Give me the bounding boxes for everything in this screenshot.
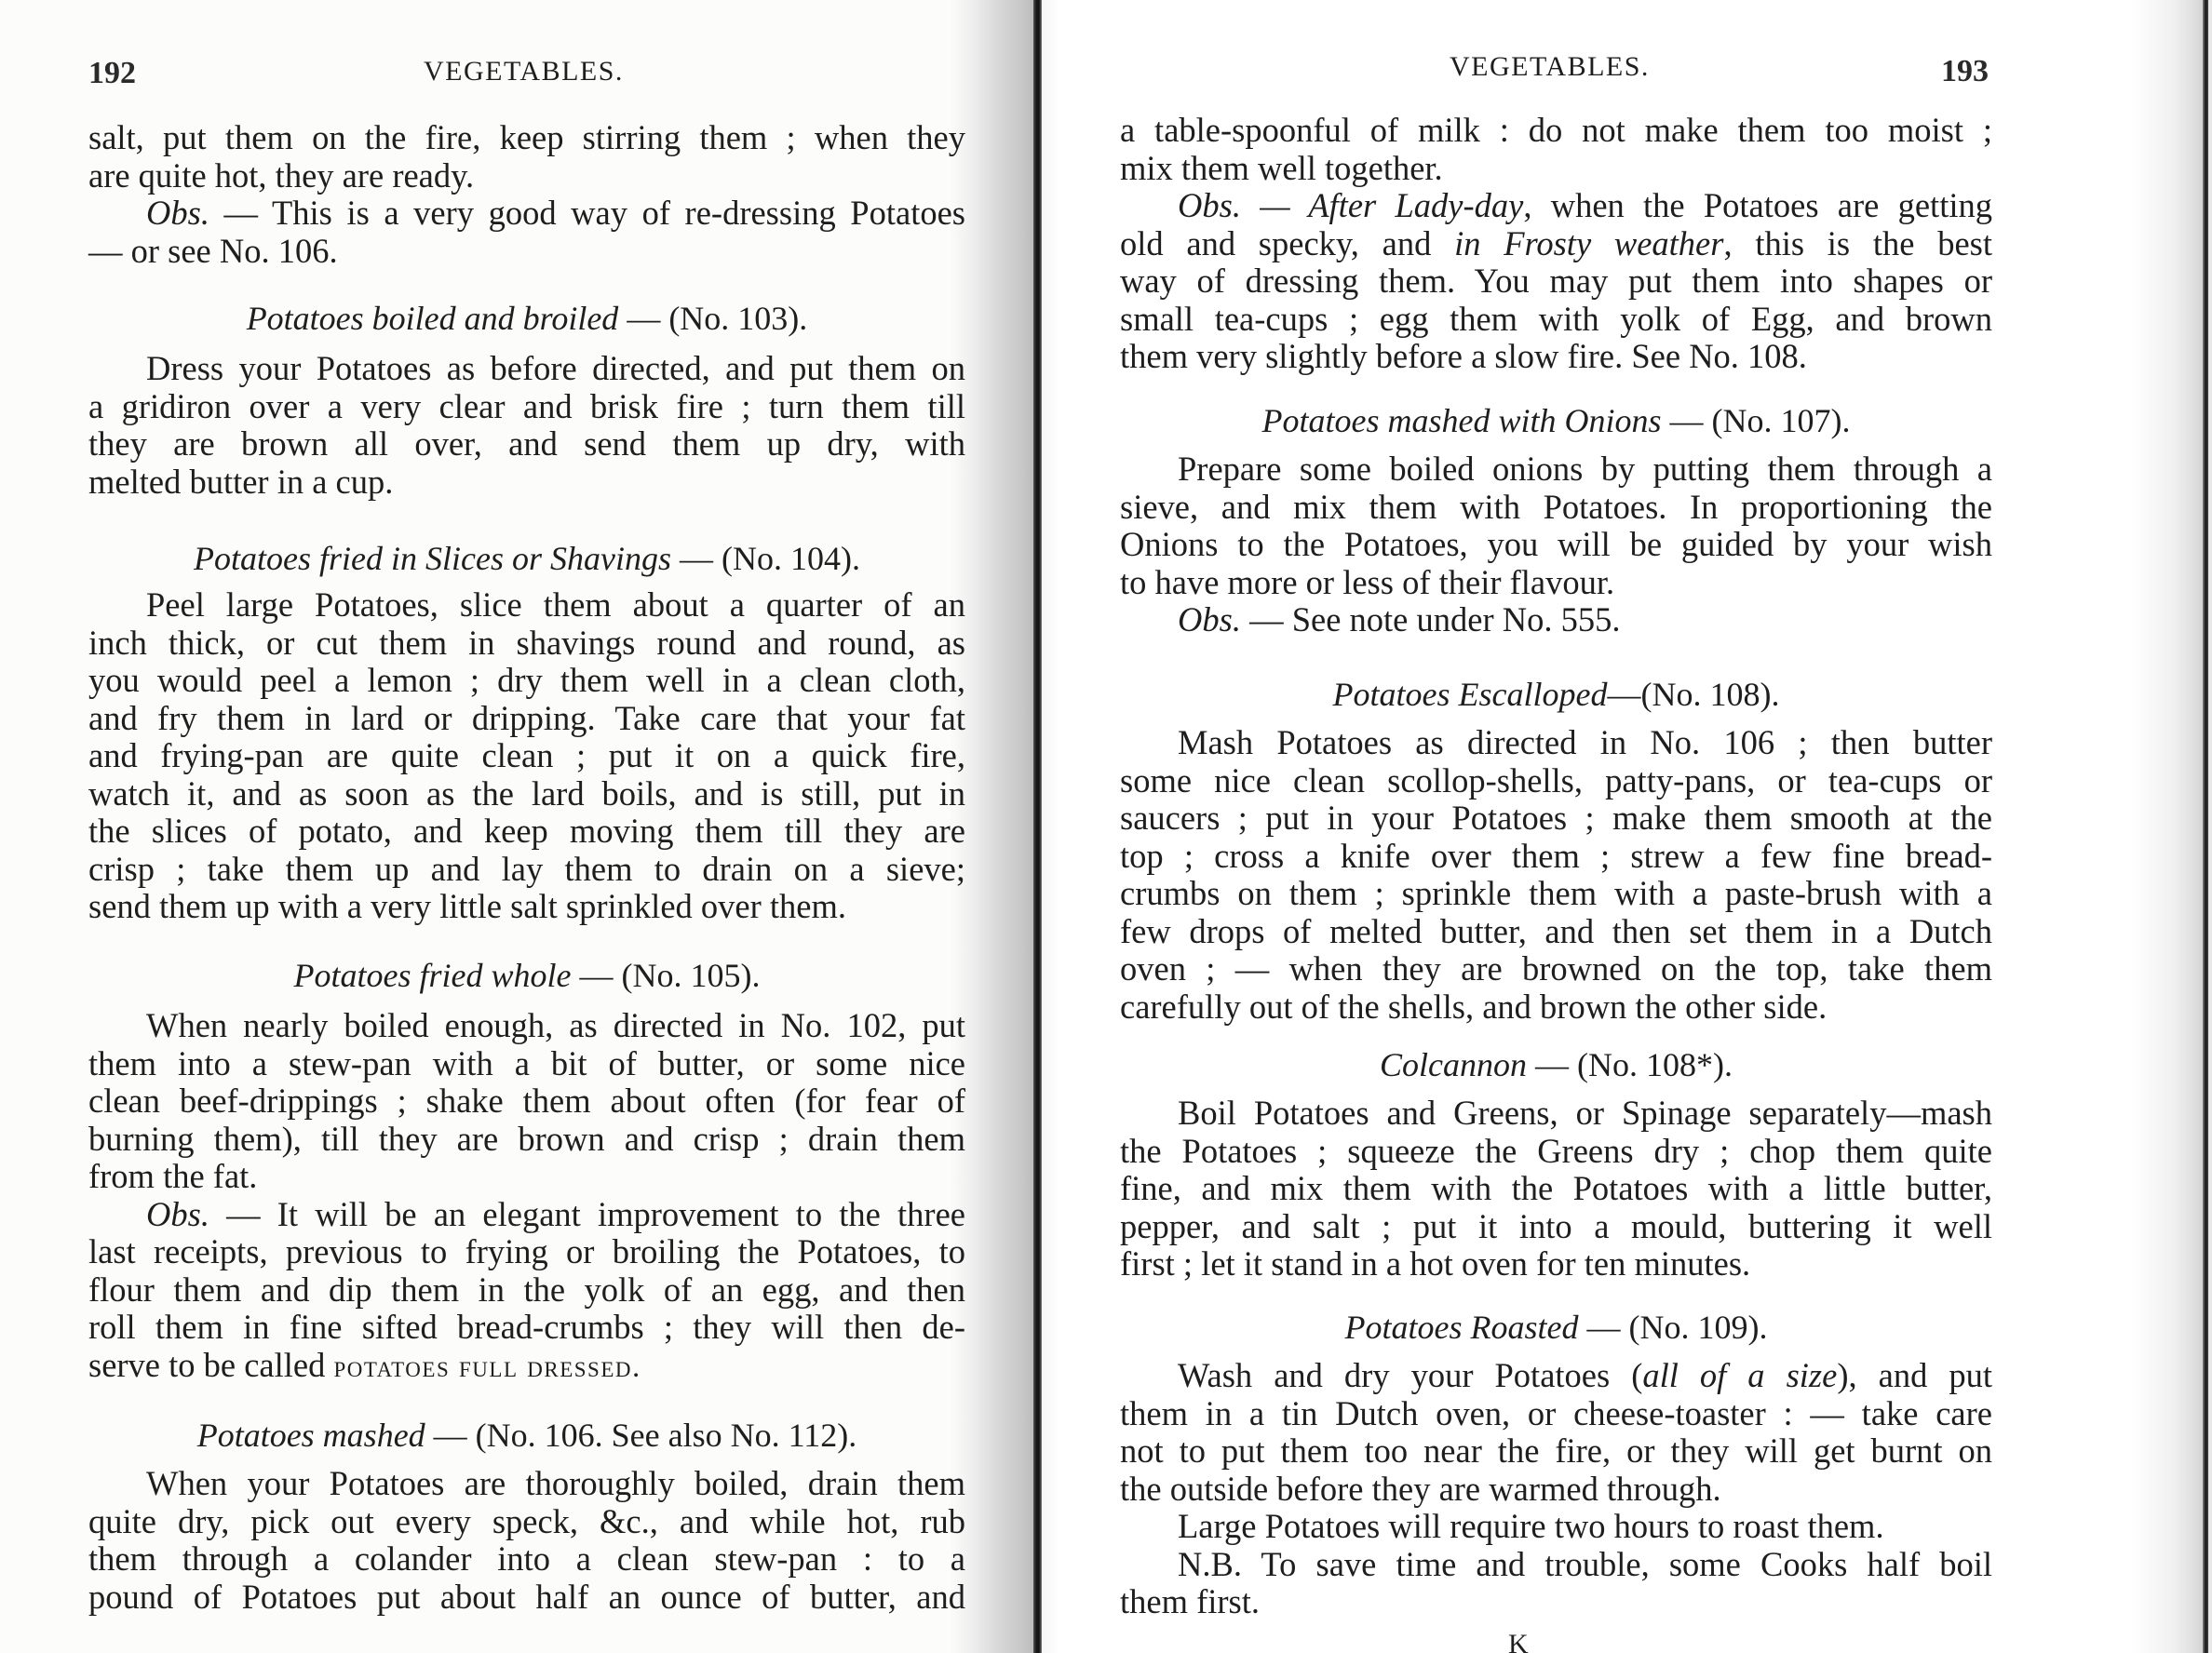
text-line: small tea-cups ; egg them with yolk of E… bbox=[1120, 301, 1992, 339]
text-run: Boil Potatoes and Greens, or Spinage sep… bbox=[1178, 1094, 1992, 1132]
italic-text: Obs. bbox=[146, 1195, 209, 1233]
text-run: the slices of potato, and keep moving th… bbox=[88, 812, 965, 850]
running-head: VEGETABLES. bbox=[424, 58, 624, 86]
page-number: 193 bbox=[1941, 56, 1989, 87]
text-run: saucers ; put in your Potatoes ; make th… bbox=[1120, 799, 1992, 837]
text-run: N.B. To save time and trouble, some Cook… bbox=[1178, 1545, 1992, 1583]
text-line: them very slightly before a slow fire. S… bbox=[1120, 338, 1992, 376]
text-run: crumbs on them ; sprinkle them with a pa… bbox=[1120, 874, 1992, 912]
paragraph: a table-spoonful of milk : do not make t… bbox=[1120, 112, 1992, 376]
text-line: them first. bbox=[1120, 1583, 1992, 1621]
paragraph: salt, put them on the fire, keep stirrin… bbox=[88, 119, 965, 270]
recipe-heading: Colcannon — (No. 108*). bbox=[1120, 1046, 1992, 1083]
paragraph: Peel large Potatoes, slice them about a … bbox=[88, 586, 965, 926]
text-run: them first. bbox=[1120, 1582, 1260, 1620]
text-run: not to put them too near the fire, or th… bbox=[1120, 1431, 1992, 1470]
text-run: few drops of melted butter, and then set… bbox=[1120, 912, 1992, 950]
text-run: a table-spoonful of milk : do not make t… bbox=[1120, 111, 1992, 149]
text-run: small tea-cups ; egg them with yolk of E… bbox=[1120, 300, 1992, 338]
text-run: clean beef-drippings ; shake them about … bbox=[88, 1082, 965, 1120]
italic-text: all of a size bbox=[1642, 1356, 1837, 1394]
text-run: roll them in fine sifted bread-crumbs ; … bbox=[88, 1308, 965, 1346]
paragraph: When your Potatoes are thoroughly boiled… bbox=[88, 1465, 965, 1616]
text-line: When nearly boiled enough, as directed i… bbox=[88, 1007, 965, 1045]
right-page: VEGETABLES. 193 a table-spoonful of milk… bbox=[1043, 0, 2205, 1653]
italic-text: Potatoes boiled and broiled bbox=[247, 300, 619, 337]
paragraph: Boil Potatoes and Greens, or Spinage sep… bbox=[1120, 1095, 1992, 1283]
text-line: top ; cross a knife over them ; strew a … bbox=[1120, 838, 1992, 876]
paragraph: Mash Potatoes as directed in No. 106 ; t… bbox=[1120, 724, 1992, 1026]
text-run: quite dry, pick out every speck, &c., an… bbox=[88, 1502, 965, 1540]
text-run: — This is a very good way of re-dressing… bbox=[209, 194, 965, 232]
text-run: top ; cross a knife over them ; strew a … bbox=[1120, 837, 1992, 875]
recipe-heading: Potatoes fried in Slices or Shavings — (… bbox=[88, 540, 965, 577]
paragraph: When nearly boiled enough, as directed i… bbox=[88, 1007, 965, 1384]
text-run: and fry them in lard or dripping. Take c… bbox=[88, 699, 965, 737]
text-line: inch thick, or cut them in shavings roun… bbox=[88, 625, 965, 663]
text-run: way of dressing them. You may put them i… bbox=[1120, 262, 1992, 300]
text-line: burning them), till they are brown and c… bbox=[88, 1121, 965, 1159]
text-run: — (No. 107). bbox=[1662, 402, 1851, 439]
text-run: last receipts, previous to frying or bro… bbox=[88, 1232, 965, 1270]
paragraph: Wash and dry your Potatoes (all of a siz… bbox=[1120, 1357, 1992, 1621]
text-run: mix them well together. bbox=[1120, 149, 1443, 187]
text-run: some nice clean scollop-shells, patty-pa… bbox=[1120, 761, 1992, 800]
text-line: and fry them in lard or dripping. Take c… bbox=[88, 700, 965, 738]
paragraph: Prepare some boiled onions by putting th… bbox=[1120, 450, 1992, 639]
text-line: a gridiron over a very clear and brisk f… bbox=[88, 388, 965, 426]
text-line: watch it, and as soon as the lard boils,… bbox=[88, 775, 965, 813]
text-run: a gridiron over a very clear and brisk f… bbox=[88, 387, 965, 425]
text-line: some nice clean scollop-shells, patty-pa… bbox=[1120, 762, 1992, 800]
text-line: them through a colander into a clean ste… bbox=[88, 1540, 965, 1579]
text-run: Large Potatoes will require two hours to… bbox=[1178, 1507, 1884, 1545]
text-line: crumbs on them ; sprinkle them with a pa… bbox=[1120, 875, 1992, 913]
text-run: — It will be an elegant improvement to t… bbox=[209, 1195, 965, 1233]
text-run: carefully out of the shells, and brown t… bbox=[1120, 988, 1827, 1026]
italic-text: Potatoes mashed with Onions bbox=[1262, 402, 1662, 439]
text-run: are quite hot, they are ready. bbox=[88, 156, 474, 195]
text-line: are quite hot, they are ready. bbox=[88, 157, 965, 195]
text-run: — (No. 103). bbox=[618, 300, 807, 337]
text-line: and frying-pan are quite clean ; put it … bbox=[88, 737, 965, 775]
text-run: them in a tin Dutch oven, or cheese-toas… bbox=[1120, 1394, 1992, 1432]
text-run: When nearly boiled enough, as directed i… bbox=[146, 1006, 965, 1044]
italic-text: Obs. bbox=[1178, 600, 1241, 638]
recipe-title: Potatoes fried whole — (No. 105). bbox=[88, 957, 965, 994]
text-line: not to put them too near the fire, or th… bbox=[1120, 1432, 1992, 1471]
text-run: serve to be called bbox=[88, 1346, 333, 1384]
text-line: pepper, and salt ; put it into a mould, … bbox=[1120, 1208, 1992, 1246]
italic-text: Potatoes fried whole bbox=[294, 957, 572, 994]
text-run: send them up with a very little salt spr… bbox=[88, 887, 846, 925]
text-run: — See note under No. 555. bbox=[1241, 600, 1621, 638]
book-spread: 192 VEGETABLES. salt, put them on the fi… bbox=[0, 0, 2212, 1653]
text-run: fine, and mix them with the Potatoes wit… bbox=[1120, 1169, 1992, 1207]
text-line: the Potatoes ; squeeze the Greens dry ; … bbox=[1120, 1133, 1992, 1171]
italic-text: in Frosty weather bbox=[1454, 224, 1723, 262]
text-line: quite dry, pick out every speck, &c., an… bbox=[88, 1503, 965, 1541]
text-line: sieve, and mix them with Potatoes. In pr… bbox=[1120, 489, 1992, 527]
recipe-title: Potatoes mashed — (No. 106. See also No.… bbox=[88, 1417, 965, 1454]
text-run: , when the Potatoes are getting bbox=[1523, 186, 1992, 224]
text-run: crisp ; take them up and lay them to dra… bbox=[88, 850, 965, 888]
italic-text: Potatoes fried in Slices or Shavings bbox=[194, 540, 671, 577]
text-run: Onions to the Potatoes, you will be guid… bbox=[1120, 525, 1992, 563]
text-run: — (No. 105). bbox=[571, 957, 760, 994]
text-run: ), and put bbox=[1837, 1356, 1992, 1394]
text-run: Mash Potatoes as directed in No. 106 ; t… bbox=[1178, 723, 1992, 761]
text-run: they are brown all over, and send them u… bbox=[88, 424, 965, 463]
text-line: the slices of potato, and keep moving th… bbox=[88, 813, 965, 851]
text-line: mix them well together. bbox=[1120, 150, 1992, 188]
text-run: flour them and dip them in the yolk of a… bbox=[88, 1270, 965, 1309]
text-line: them in a tin Dutch oven, or cheese-toas… bbox=[1120, 1395, 1992, 1433]
recipe-heading: Potatoes Roasted — (No. 109). bbox=[1120, 1309, 1992, 1346]
text-run: , this is the best bbox=[1723, 224, 1992, 262]
text-line: carefully out of the shells, and brown t… bbox=[1120, 988, 1992, 1027]
text-run: inch thick, or cut them in shavings roun… bbox=[88, 624, 965, 662]
text-run: sieve, and mix them with Potatoes. In pr… bbox=[1120, 488, 1992, 526]
text-line: crisp ; take them up and lay them to dra… bbox=[88, 851, 965, 889]
text-line: they are brown all over, and send them u… bbox=[88, 425, 965, 464]
text-line: Onions to the Potatoes, you will be guid… bbox=[1120, 526, 1992, 564]
text-line: the outside before they are warmed throu… bbox=[1120, 1471, 1992, 1509]
text-line: way of dressing them. You may put them i… bbox=[1120, 262, 1992, 301]
text-run: and frying-pan are quite clean ; put it … bbox=[88, 736, 965, 774]
text-line: roll them in fine sifted bread-crumbs ; … bbox=[88, 1309, 965, 1347]
text-run: them very slightly before a slow fire. S… bbox=[1120, 337, 1807, 375]
recipe-title: Colcannon — (No. 108*). bbox=[1120, 1046, 1992, 1083]
text-line: melted butter in a cup. bbox=[88, 464, 965, 502]
text-run: first ; let it stand in a hot oven for t… bbox=[1120, 1244, 1750, 1283]
text-line: Peel large Potatoes, slice them about a … bbox=[88, 586, 965, 625]
recipe-title: Potatoes Escalloped—(No. 108). bbox=[1120, 676, 1992, 713]
text-run: them through a colander into a clean ste… bbox=[88, 1539, 965, 1578]
text-line: Obs. — This is a very good way of re-dre… bbox=[88, 195, 965, 233]
small-caps-text: potatoes full dressed. bbox=[333, 1351, 641, 1384]
text-line: send them up with a very little salt spr… bbox=[88, 888, 965, 926]
page-number: 192 bbox=[88, 58, 136, 89]
text-run: — (No. 109). bbox=[1578, 1309, 1767, 1346]
text-run: — (No. 104). bbox=[671, 540, 860, 577]
text-line: salt, put them on the fire, keep stirrin… bbox=[88, 119, 965, 157]
gutter-fold bbox=[1033, 0, 1042, 1653]
text-line: last receipts, previous to frying or bro… bbox=[88, 1233, 965, 1271]
recipe-heading: Potatoes mashed — (No. 106. See also No.… bbox=[88, 1417, 965, 1454]
text-run: the Potatoes ; squeeze the Greens dry ; … bbox=[1120, 1132, 1992, 1170]
text-line: from the fat. bbox=[88, 1158, 965, 1196]
text-line: Obs. — It will be an elegant improvement… bbox=[88, 1196, 965, 1234]
text-run: old and specky, and bbox=[1120, 224, 1454, 262]
italic-text: Colcannon bbox=[1380, 1046, 1527, 1083]
text-line: flour them and dip them in the yolk of a… bbox=[88, 1271, 965, 1310]
text-line: Obs. — See note under No. 555. bbox=[1120, 601, 1992, 639]
text-run: Prepare some boiled onions by putting th… bbox=[1178, 450, 1992, 488]
text-run: Dress your Potatoes as before directed, … bbox=[146, 349, 965, 387]
text-run: them into a stew-pan with a bit of butte… bbox=[88, 1044, 965, 1082]
recipe-title: Potatoes fried in Slices or Shavings — (… bbox=[88, 540, 965, 577]
text-run: to have more or less of their flavour. bbox=[1120, 563, 1614, 601]
text-line: Wash and dry your Potatoes (all of a siz… bbox=[1120, 1357, 1992, 1395]
text-line: few drops of melted butter, and then set… bbox=[1120, 913, 1992, 951]
text-run: — (No. 106. See also No. 112). bbox=[425, 1417, 857, 1454]
text-run: — (No. 108*). bbox=[1527, 1046, 1733, 1083]
text-line: N.B. To save time and trouble, some Cook… bbox=[1120, 1546, 1992, 1584]
text-run: When your Potatoes are thoroughly boiled… bbox=[146, 1464, 965, 1502]
italic-text: Potatoes Escalloped bbox=[1333, 676, 1608, 713]
text-run: melted butter in a cup. bbox=[88, 463, 393, 501]
text-run: watch it, and as soon as the lard boils,… bbox=[88, 774, 965, 813]
text-line: oven ; — when they are browned on the to… bbox=[1120, 950, 1992, 988]
text-line: to have more or less of their flavour. bbox=[1120, 564, 1992, 602]
text-line: Large Potatoes will require two hours to… bbox=[1120, 1508, 1992, 1546]
text-line: old and specky, and in Frosty weather, t… bbox=[1120, 225, 1992, 263]
text-run: oven ; — when they are browned on the to… bbox=[1120, 949, 1992, 988]
text-line: pound of Potatoes put about half an ounc… bbox=[88, 1579, 965, 1617]
recipe-title: Potatoes mashed with Onions — (No. 107). bbox=[1120, 402, 1992, 439]
recipe-heading: Potatoes fried whole — (No. 105). bbox=[88, 957, 965, 994]
recipe-title: Potatoes Roasted — (No. 109). bbox=[1120, 1309, 1992, 1346]
paragraph: Dress your Potatoes as before directed, … bbox=[88, 350, 965, 501]
text-run: Wash and dry your Potatoes ( bbox=[1178, 1356, 1642, 1394]
text-line: fine, and mix them with the Potatoes wit… bbox=[1120, 1170, 1992, 1208]
recipe-heading: Potatoes mashed with Onions — (No. 107). bbox=[1120, 402, 1992, 439]
left-page: 192 VEGETABLES. salt, put them on the fi… bbox=[0, 0, 1035, 1653]
text-line: Mash Potatoes as directed in No. 106 ; t… bbox=[1120, 724, 1992, 762]
text-line: first ; let it stand in a hot oven for t… bbox=[1120, 1245, 1992, 1283]
recipe-title: Potatoes boiled and broiled — (No. 103). bbox=[88, 300, 965, 337]
text-line: a table-spoonful of milk : do not make t… bbox=[1120, 112, 1992, 150]
text-run: pepper, and salt ; put it into a mould, … bbox=[1120, 1207, 1992, 1245]
text-run: burning them), till they are brown and c… bbox=[88, 1120, 965, 1158]
text-line: you would peel a lemon ; dry them well i… bbox=[88, 662, 965, 700]
text-line: Obs. — After Lady-day, when the Potatoes… bbox=[1120, 187, 1992, 225]
text-run: the outside before they are warmed throu… bbox=[1120, 1470, 1721, 1508]
text-line: them into a stew-pan with a bit of butte… bbox=[88, 1045, 965, 1083]
text-run: salt, put them on the fire, keep stirrin… bbox=[88, 118, 965, 156]
text-run: from the fat. bbox=[88, 1157, 257, 1195]
text-line: saucers ; put in your Potatoes ; make th… bbox=[1120, 800, 1992, 838]
text-line: Dress your Potatoes as before directed, … bbox=[88, 350, 965, 388]
recipe-heading: Potatoes boiled and broiled — (No. 103). bbox=[88, 300, 965, 337]
text-run: —(No. 108). bbox=[1607, 676, 1779, 713]
text-line: Prepare some boiled onions by putting th… bbox=[1120, 450, 1992, 489]
text-line: Boil Potatoes and Greens, or Spinage sep… bbox=[1120, 1095, 1992, 1133]
italic-text: Potatoes Roasted bbox=[1345, 1309, 1579, 1346]
page-edge-outer bbox=[2208, 0, 2212, 1653]
signature-mark: K bbox=[1508, 1631, 1529, 1653]
text-line: clean beef-drippings ; shake them about … bbox=[88, 1082, 965, 1121]
text-run: you would peel a lemon ; dry them well i… bbox=[88, 661, 965, 699]
recipe-heading: Potatoes Escalloped—(No. 108). bbox=[1120, 676, 1992, 713]
text-run: pound of Potatoes put about half an ounc… bbox=[88, 1578, 965, 1616]
text-run: — or see No. 106. bbox=[88, 232, 338, 270]
text-line: When your Potatoes are thoroughly boiled… bbox=[88, 1465, 965, 1503]
italic-text: Obs. bbox=[146, 194, 209, 232]
text-run: Peel large Potatoes, slice them about a … bbox=[146, 585, 965, 624]
running-head: VEGETABLES. bbox=[1450, 53, 1650, 81]
italic-text: Potatoes mashed bbox=[197, 1417, 425, 1454]
italic-text: Obs. — After Lady-day bbox=[1178, 186, 1523, 224]
text-line: serve to be called potatoes full dressed… bbox=[88, 1347, 965, 1385]
text-line: — or see No. 106. bbox=[88, 233, 965, 271]
